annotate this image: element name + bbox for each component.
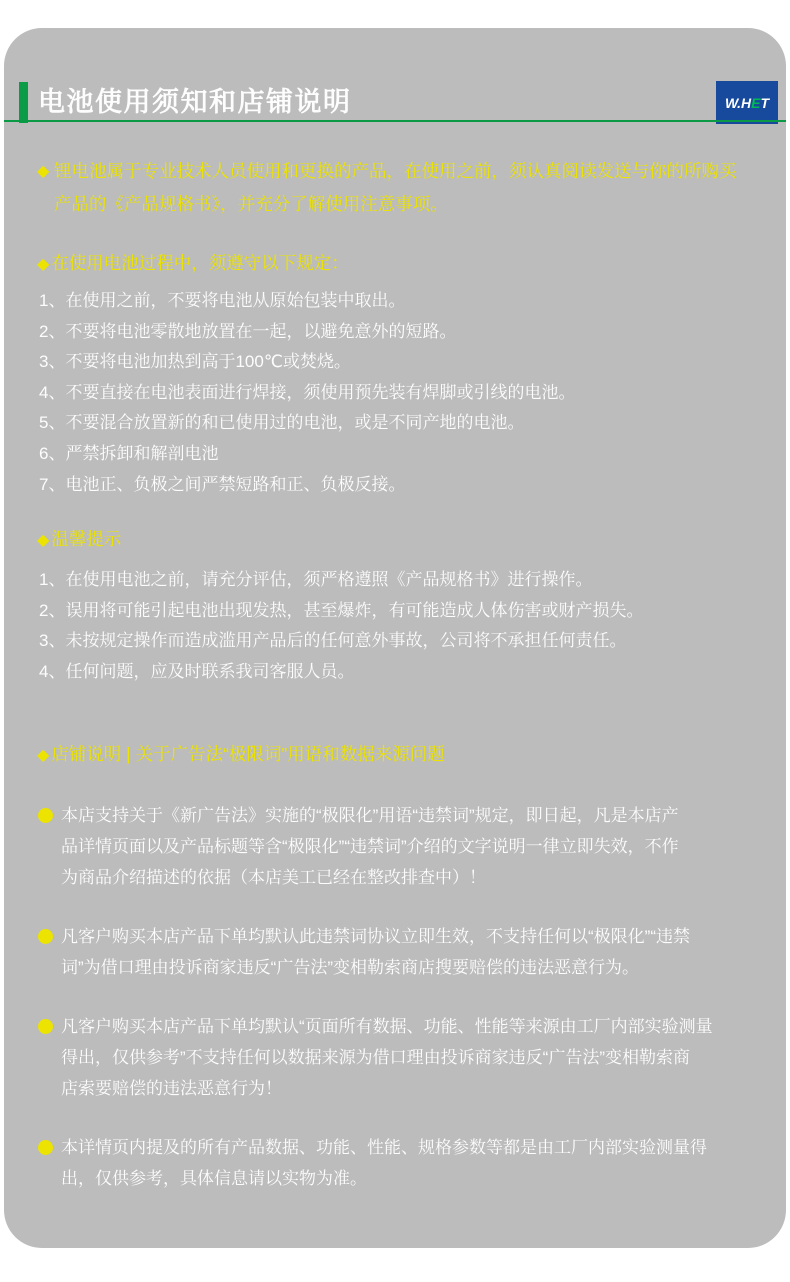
paragraph-line: 本详情页内提及的所有产品数据、功能、性能、规格参数等都是由工厂内部实验测量得 — [61, 1132, 760, 1163]
list-item: 4、任何问题，应及时联系我司客服人员。 — [37, 657, 760, 688]
list-item: 6、严禁拆卸和解剖电池 — [37, 439, 760, 470]
warm-tips-heading: ◆温馨提示 — [37, 527, 760, 553]
diamond-bullet-icon: ◆ — [37, 155, 49, 188]
circle-bullet-icon — [38, 929, 53, 944]
store-paragraph: 本店支持关于《新广告法》实施的“极限化”用语“违禁词”规定，即日起，凡是本店产 … — [37, 800, 760, 893]
store-paragraph: 凡客户购买本店产品下单均默认此违禁词协议立即生效，不支持任何以“极限化”“违禁 … — [37, 921, 760, 983]
list-item: 3、未按规定操作而造成滥用产品后的任何意外事故，公司将不承担任何责任。 — [37, 626, 760, 657]
diamond-bullet-icon: ◆ — [37, 532, 49, 549]
circle-bullet-icon — [38, 1140, 53, 1155]
logo-text-right: T — [760, 95, 769, 111]
page-title: 电池使用须知和店铺说明 — [38, 82, 352, 123]
store-statement-heading: ◆店铺说明 | 关于广告法“极限词”用语和数据来源问题 — [37, 742, 760, 768]
store-statement-heading-text: 店铺说明 | 关于广告法“极限词”用语和数据来源问题 — [51, 744, 444, 764]
usage-rules-list: 1、在使用之前，不要将电池从原始包装中取出。 2、不要将电池零散地放置在一起，以… — [37, 286, 760, 500]
store-paragraph: 本详情页内提及的所有产品数据、功能、性能、规格参数等都是由工厂内部实验测量得 出… — [37, 1132, 760, 1194]
circle-bullet-icon — [38, 1019, 53, 1034]
store-paragraph: 凡客户购买本店产品下单均默认“页面所有数据、功能、性能等来源由工厂内部实验测量 … — [37, 1011, 760, 1104]
list-item: 5、不要混合放置新的和已使用过的电池，或是不同产地的电池。 — [37, 408, 760, 439]
paragraph-line: 品详情页面以及产品标题等含“极限化”“违禁词”介绍的文字说明一律立即失效，不作 — [61, 831, 760, 862]
section-warm-tips: ◆温馨提示 1、在使用电池之前，请充分评估，须严格遵照《产品规格书》进行操作。 … — [37, 527, 760, 687]
circle-bullet-icon — [38, 808, 53, 823]
usage-rules-heading: ◆在使用电池过程中，须遵守以下规定： — [37, 251, 760, 277]
list-item: 2、误用将可能引起电池出现发热，甚至爆炸，有可能造成人体伤害或财产损失。 — [37, 596, 760, 627]
list-item: 3、不要将电池加热到高于100℃或焚烧。 — [37, 347, 760, 378]
section-store-statement: ◆店铺说明 | 关于广告法“极限词”用语和数据来源问题 本店支持关于《新广告法》… — [37, 742, 760, 1194]
green-accent-bar — [19, 82, 28, 123]
list-item: 7、电池正、负极之间严禁短路和正、负极反接。 — [37, 470, 760, 501]
section-usage-rules: ◆在使用电池过程中，须遵守以下规定： 1、在使用之前，不要将电池从原始包装中取出… — [37, 251, 760, 500]
paragraph-line: 本店支持关于《新广告法》实施的“极限化”用语“违禁词”规定，即日起，凡是本店产 — [61, 800, 760, 831]
paragraph-line: 词”为借口理由投诉商家违反“广告法”变相勒索商店搜要赔偿的违法恶意行为。 — [61, 952, 760, 983]
diamond-bullet-icon: ◆ — [37, 747, 49, 764]
logo-text-left: W.H — [725, 95, 751, 111]
list-item: 1、在使用之前，不要将电池从原始包装中取出。 — [37, 286, 760, 317]
intro-line: 产品的《产品规格书》，并充分了解使用注意事项。 — [54, 188, 760, 221]
paragraph-line: 得出，仅供参考”不支持任何以数据来源为借口理由投诉商家违反“广告法”变相勒索商 — [61, 1042, 760, 1073]
intro-line: 锂电池属于专业技术人员使用和更换的产品，在使用之前，须认真阅读发送与你的所购买 — [54, 155, 760, 188]
paragraph-line: 凡客户购买本店产品下单均默认此违禁词协议立即生效，不支持任何以“极限化”“违禁 — [61, 921, 760, 952]
paragraph-line: 出，仅供参考，具体信息请以实物为准。 — [61, 1163, 760, 1194]
paragraph-line: 店索要赔偿的违法恶意行为！ — [61, 1073, 760, 1104]
usage-rules-heading-text: 在使用电池过程中，须遵守以下规定： — [51, 253, 349, 273]
warm-tips-list: 1、在使用电池之前，请充分评估，须严格遵照《产品规格书》进行操作。 2、误用将可… — [37, 565, 760, 687]
brand-logo: W.HET — [716, 81, 778, 124]
list-item: 2、不要将电池零散地放置在一起，以避免意外的短路。 — [37, 317, 760, 348]
warm-tips-heading-text: 温馨提示 — [51, 529, 121, 549]
paragraph-line: 为商品介绍描述的依据（本店美工已经在整改排查中）！ — [61, 862, 760, 893]
diamond-bullet-icon: ◆ — [37, 256, 49, 273]
paragraph-line: 凡客户购买本店产品下单均默认“页面所有数据、功能、性能等来源由工厂内部实验测量 — [61, 1011, 760, 1042]
notice-panel: 电池使用须知和店铺说明 W.HET ◆ 锂电池属于专业技术人员使用和更换的产品，… — [4, 28, 786, 1248]
list-item: 4、不要直接在电池表面进行焊接，须使用预先装有焊脚或引线的电池。 — [37, 378, 760, 409]
logo-text-green: E — [751, 95, 760, 111]
header-divider — [4, 120, 786, 122]
list-item: 1、在使用电池之前，请充分评估，须严格遵照《产品规格书》进行操作。 — [37, 565, 760, 596]
section-battery-intro: ◆ 锂电池属于专业技术人员使用和更换的产品，在使用之前，须认真阅读发送与你的所购… — [37, 155, 760, 221]
